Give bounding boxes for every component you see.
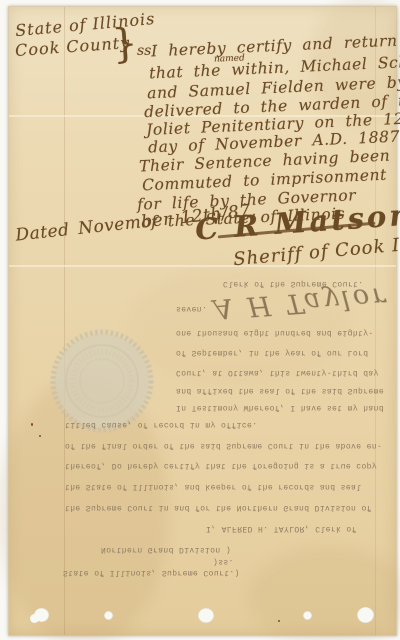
showthrough-line: titled cause, of record in my office. [65, 420, 257, 429]
punch-hole [303, 611, 312, 620]
showthrough-line: of the final order of the said Supreme C… [65, 441, 382, 450]
showthrough-line: I, ALFRED H. TAYLOR, Clerk of [206, 524, 357, 533]
vertical-fold-line [64, 7, 65, 635]
paper-stain [249, 547, 400, 640]
punch-hole [198, 608, 214, 623]
showthrough-line: and affixed the seal of the said Supreme [176, 386, 384, 395]
showthrough-line: one thousand eight hundred and eighty- [176, 328, 374, 337]
paper-sheet: State of Illinois Cook County } ss I her… [8, 6, 397, 636]
showthrough-line: the Supreme Court in and for the Norther… [65, 503, 372, 512]
showthrough-line: State of Illinois, Supreme Court.) [63, 568, 240, 577]
showthrough-line: of September, in the year of our Lord [176, 348, 368, 357]
ss-abbreviation: ss [137, 43, 151, 59]
venue-brace: } [110, 20, 139, 68]
punch-hole [357, 607, 374, 623]
showthrough-line: the State of Illinois, and keeper of the… [65, 482, 361, 491]
horizontal-fold-line [9, 265, 396, 267]
showthrough-line: In Testimony Whereof, I have set my hand [176, 403, 384, 412]
punch-hole [34, 608, 49, 622]
document-scan: State of Illinois Cook County } ss I her… [0, 0, 400, 640]
showthrough-line: Court, at Ottawa, this twenty-third day [176, 368, 379, 377]
inserted-word: named [214, 53, 245, 64]
showthrough-line: Northern Grand Division ) [101, 545, 231, 554]
ink-speck [278, 620, 280, 622]
punch-hole [104, 611, 113, 620]
ink-speck [39, 435, 41, 437]
showthrough-line: )ss. [213, 557, 234, 566]
showthrough-line: seven. [176, 304, 207, 313]
showthrough-line: thereof, Do hereby certify that the fore… [65, 461, 377, 470]
ink-speck [31, 423, 33, 426]
embossed-seal [48, 327, 156, 435]
